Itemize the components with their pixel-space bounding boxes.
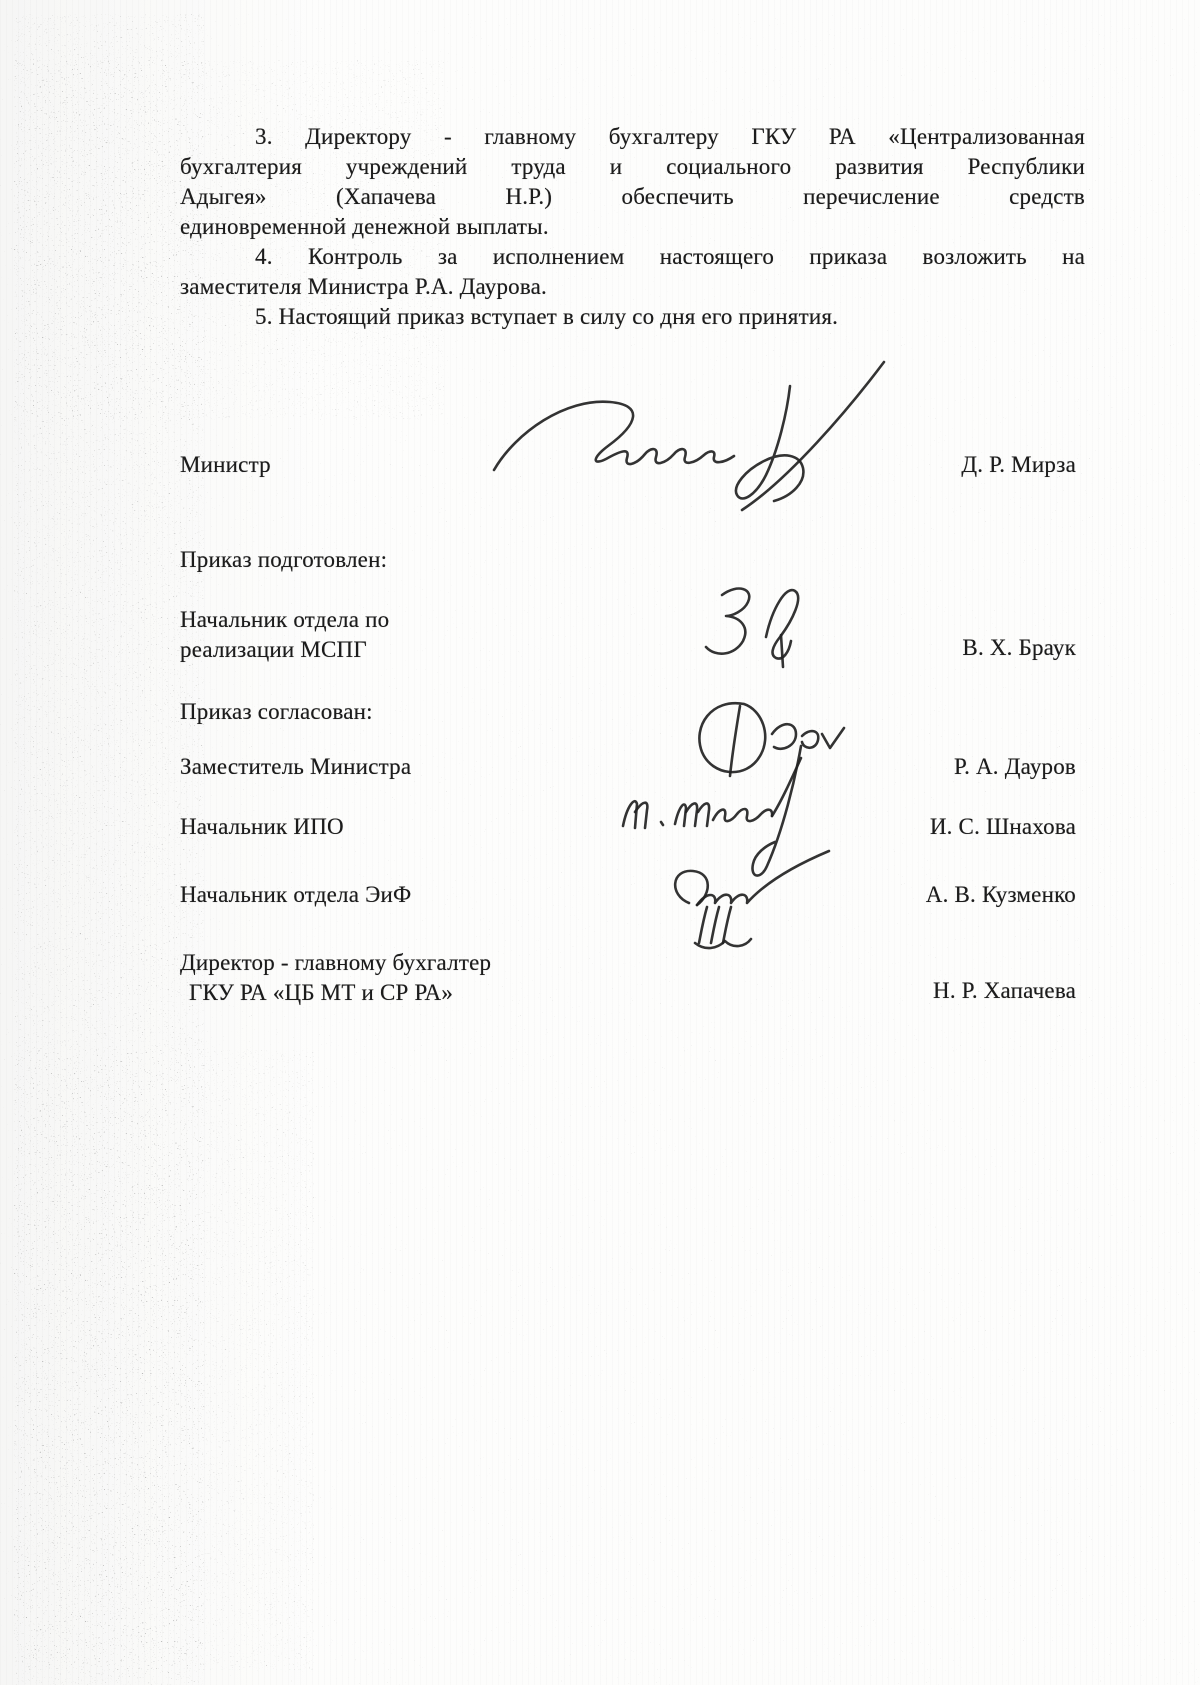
minister-name: Д. Р. Мирза xyxy=(961,450,1076,480)
ipo-head-role: Начальник ИПО xyxy=(180,812,344,842)
prepared-heading: Приказ подготовлен: xyxy=(180,545,387,575)
director-role: Директор - главному бухгалтер ГКУ РА «ЦБ… xyxy=(180,948,491,1008)
paragraph-5: 5. Настоящий приказ вступает в силу со д… xyxy=(180,302,1085,332)
mirza-signature-icon xyxy=(488,358,898,518)
paragraph-line: бухгалтерия учреждений труда и социально… xyxy=(180,152,1085,182)
paragraph-line: 3. Директору - главному бухгалтеру ГКУ Р… xyxy=(180,122,1085,152)
paragraph-line: Адыгея» (Хапачева Н.Р.) обеспечить переч… xyxy=(180,182,1085,212)
role-line: Начальник отдела по xyxy=(180,605,389,635)
role-line: Директор - главному бухгалтер xyxy=(180,948,491,978)
kuzmenko-signature-icon xyxy=(655,845,845,955)
role-line: реализации МСПГ xyxy=(180,635,389,665)
brauk-signature-icon xyxy=(688,575,818,670)
deputy-minister-role: Заместитель Министра xyxy=(180,752,411,782)
scanned-document-page: 3. Директору - главному бухгалтеру ГКУ Р… xyxy=(0,0,1200,1685)
kuzmenko-name: А. В. Кузменко xyxy=(926,880,1076,910)
paragraph-line: заместителя Министра Р.А. Даурова. xyxy=(180,272,1085,302)
daurov-signature-icon xyxy=(680,690,850,785)
eif-head-role: Начальник отдела ЭиФ xyxy=(180,880,411,910)
paragraph-3: 3. Директору - главному бухгалтеру ГКУ Р… xyxy=(180,122,1085,242)
prepared-by-name: В. Х. Браук xyxy=(962,633,1076,663)
paragraph-line: единовременной денежной выплаты. xyxy=(180,212,1085,242)
agreed-heading: Приказ согласован: xyxy=(180,697,373,727)
order-body: 3. Директору - главному бухгалтеру ГКУ Р… xyxy=(180,122,1085,332)
minister-role: Министр xyxy=(180,450,271,480)
shnakhova-name: И. С. Шнахова xyxy=(930,812,1076,842)
role-line: ГКУ РА «ЦБ МТ и СР РА» xyxy=(180,978,491,1008)
paragraph-4: 4. Контроль за исполнением настоящего пр… xyxy=(180,242,1085,302)
shnakhova-signature-icon xyxy=(615,738,835,878)
prepared-by-role: Начальник отдела по реализации МСПГ xyxy=(180,605,389,665)
khapacheva-name: Н. Р. Хапачева xyxy=(933,976,1076,1006)
paragraph-line: 5. Настоящий приказ вступает в силу со д… xyxy=(180,302,1085,332)
paragraph-line: 4. Контроль за исполнением настоящего пр… xyxy=(180,242,1085,272)
daurov-name: Р. А. Дауров xyxy=(954,752,1076,782)
